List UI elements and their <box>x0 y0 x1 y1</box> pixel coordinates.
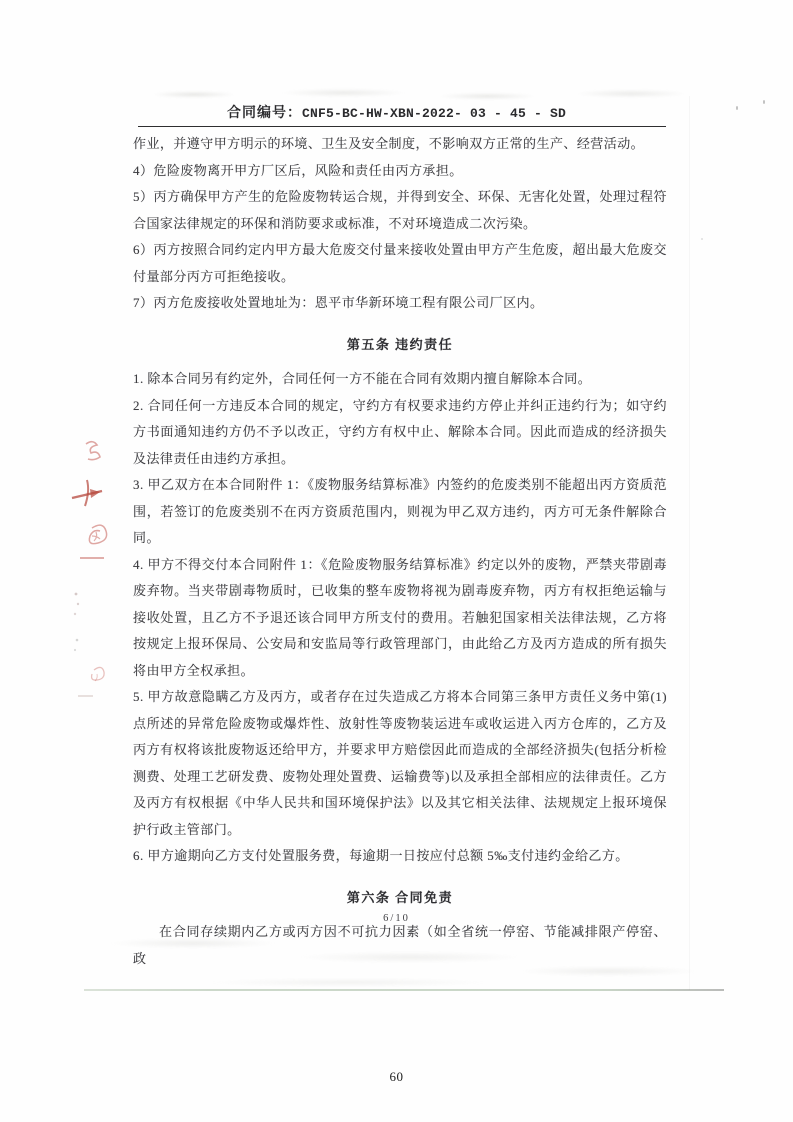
contract-paragraph: 6）丙方按照合同约定内甲方最大危废交付量来接收处置由甲方产生危废，超出最大危废交… <box>133 237 667 290</box>
contract-paragraph: 7）丙方危废接收处置地址为：恩平市华新环境工程有限公司厂区内。 <box>133 290 667 317</box>
scan-speck <box>763 100 765 104</box>
contract-paragraph: 5）丙方确保甲方产生的危险废物转运合规，并得到安全、环保、无害化处置，处理过程符… <box>133 184 667 237</box>
contract-paragraph: 4. 甲方不得交付本合同附件 1：《危险废物服务结算标准》约定以外的废物，严禁夹… <box>133 552 667 685</box>
scanned-contract-page: 合同编号：CNF5-BC-HW-XBN-2022- 03 - 45 - SD 作… <box>0 0 793 1122</box>
scan-noise-bottom <box>100 932 720 988</box>
section-heading: 第六条 合同免责 <box>133 885 667 912</box>
scan-noise-top <box>125 86 700 103</box>
page-indicator: 6/10 <box>0 913 793 924</box>
scan-speck <box>736 106 738 110</box>
contract-number-value: CNF5-BC-HW-XBN-2022- 03 - 45 - SD <box>302 106 566 121</box>
contract-number-label: 合同编号： <box>227 106 302 121</box>
contract-paragraph: 作业，并遵守甲方明示的环境、卫生及安全制度，不影响双方正常的生产、经营活动。 <box>133 131 667 158</box>
red-edge-seal-marks <box>66 428 120 720</box>
contract-paragraph: 2. 合同任何一方违反本合同的规定，守约方有权要求违约方停止并纠正违约行为；如守… <box>133 393 667 473</box>
contract-paragraph: 4）危险废物离开甲方厂区后，风险和责任由丙方承担。 <box>133 158 667 185</box>
contract-paragraph: 1. 除本合同另有约定外，合同任何一方不能在合同有效期内擅自解除本合同。 <box>133 366 667 393</box>
contract-paragraph: 3. 甲乙双方在本合同附件 1：《废物服务结算标准》内签约的危废类别不能超出丙方… <box>133 472 667 552</box>
contract-body: 作业，并遵守甲方明示的环境、卫生及安全制度，不影响双方正常的生产、经营活动。4）… <box>133 131 667 972</box>
page-bottom-edge-line <box>84 989 724 991</box>
section-heading: 第五条 违约责任 <box>133 332 667 359</box>
contract-number-header: 合同编号：CNF5-BC-HW-XBN-2022- 03 - 45 - SD <box>0 102 793 122</box>
page-right-edge-shadow <box>689 96 690 990</box>
contract-paragraph: 5. 甲方故意隐瞒乙方及丙方，或者存在过失造成乙方将本合同第三条甲方责任义务中第… <box>133 684 667 843</box>
binder-page-number: 60 <box>0 1069 793 1085</box>
header-underline <box>138 126 666 127</box>
scan-speck <box>701 238 703 240</box>
contract-paragraph: 6. 甲方逾期向乙方支付处置服务费，每逾期一日按应付总额 5‰支付违约金给乙方。 <box>133 843 667 870</box>
